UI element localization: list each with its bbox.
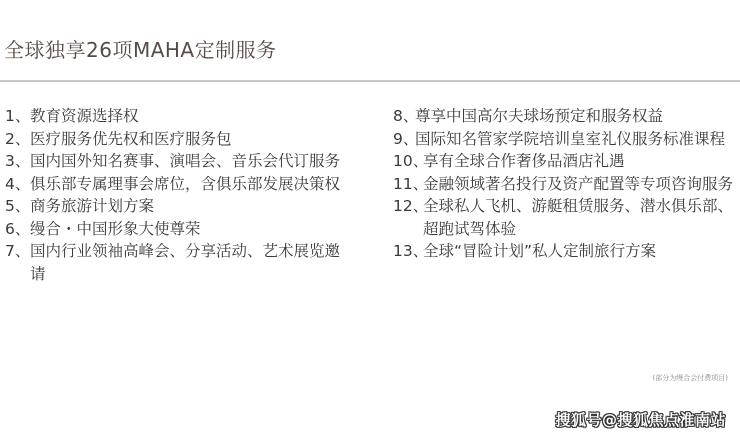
item-text: 国际知名管家学院培训皇室礼仪服务标准课程 — [415, 128, 738, 151]
list-item: 9、 国际知名管家学院培训皇室礼仪服务标准课程 — [393, 128, 738, 151]
list-item: 3、 国内国外知名赛事、演唱会、音乐会代订服务 — [5, 150, 345, 173]
item-text: 全球“冒险计划”私人定制旅行方案 — [423, 240, 738, 263]
item-text: 金融领域著名投行及资产配置等专项咨询服务 — [423, 173, 738, 196]
item-text: 教育资源选择权 — [30, 105, 345, 128]
list-item: 7、 国内行业领袖高峰会、分享活动、艺术展览邀请 — [5, 240, 345, 285]
item-number: 9、 — [393, 128, 415, 151]
item-number: 5、 — [5, 195, 30, 218]
services-list-left: 1、 教育资源选择权 2、 医疗服务优先权和医疗服务包 3、 国内国外知名赛事、… — [5, 105, 345, 285]
item-number: 10、 — [393, 150, 423, 173]
item-number: 4、 — [5, 173, 30, 196]
item-number: 13、 — [393, 240, 423, 263]
item-text: 国内行业领袖高峰会、分享活动、艺术展览邀请 — [30, 240, 345, 285]
item-number: 8、 — [393, 105, 415, 128]
list-item: 8、 尊享中国高尔夫球场预定和服务权益 — [393, 105, 738, 128]
item-text: 享有全球合作奢侈品酒店礼遇 — [423, 150, 738, 173]
item-text: 商务旅游计划方案 — [30, 195, 345, 218]
page-title: 全球独享26项MAHA定制服务 — [4, 34, 277, 63]
item-text: 尊享中国高尔夫球场预定和服务权益 — [415, 105, 738, 128]
item-number: 6、 — [5, 218, 30, 241]
list-item: 11、 金融领域著名投行及资产配置等专项咨询服务 — [393, 173, 738, 196]
item-text: 俱乐部专属理事会席位，含俱乐部发展决策权 — [30, 173, 345, 196]
item-number: 3、 — [5, 150, 30, 173]
list-item: 4、 俱乐部专属理事会席位，含俱乐部发展决策权 — [5, 173, 345, 196]
item-number: 1、 — [5, 105, 30, 128]
list-item: 13、 全球“冒险计划”私人定制旅行方案 — [393, 240, 738, 263]
item-text: 国内国外知名赛事、演唱会、音乐会代订服务 — [30, 150, 345, 173]
list-item: 1、 教育资源选择权 — [5, 105, 345, 128]
item-number: 11、 — [393, 173, 423, 196]
item-number: 12、 — [393, 195, 423, 218]
list-item: 10、 享有全球合作奢侈品酒店礼遇 — [393, 150, 738, 173]
item-text: 医疗服务优先权和医疗服务包 — [30, 128, 345, 151]
list-item: 12、 全球私人飞机、游艇租赁服务、潜水俱乐部、超跑试驾体验 — [393, 195, 738, 240]
list-item: 6、 缦合・中国形象大使尊荣 — [5, 218, 345, 241]
list-item: 5、 商务旅游计划方案 — [5, 195, 345, 218]
watermark: 搜狐号@搜狐焦点淮南站 — [555, 409, 726, 430]
title-divider — [0, 80, 740, 82]
item-text: 缦合・中国形象大使尊荣 — [30, 218, 345, 241]
item-text: 全球私人飞机、游艇租赁服务、潜水俱乐部、超跑试驾体验 — [423, 195, 738, 240]
footnote: (部分为缦合会付费项目) — [653, 373, 728, 383]
item-number: 7、 — [5, 240, 30, 263]
item-number: 2、 — [5, 128, 30, 151]
list-item: 2、 医疗服务优先权和医疗服务包 — [5, 128, 345, 151]
services-list-right: 8、 尊享中国高尔夫球场预定和服务权益 9、 国际知名管家学院培训皇室礼仪服务标… — [393, 105, 738, 263]
